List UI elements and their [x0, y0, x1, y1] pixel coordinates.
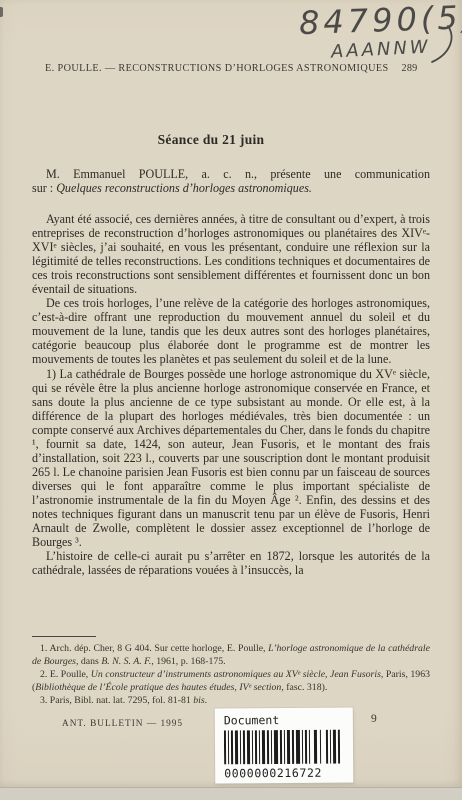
footnote-text: 2. E. Poulle, [40, 669, 91, 680]
page-number: 9 [371, 713, 377, 725]
section-title: Séance du 21 juin [12, 132, 410, 148]
intro-paragraph: M. Emmanuel POULLE, a. c. n., présente u… [32, 167, 430, 196]
footnote: 3. Paris, Bibl. nat. lat. 7295, fol. 81-… [32, 695, 430, 708]
running-head: E. POULLE. — RECONSTRUCTIONS D’HORLOGES … [45, 63, 390, 74]
running-head-title: E. POULLE. — RECONSTRUCTIONS D’HORLOGES … [45, 63, 389, 74]
barcode-image [224, 730, 340, 765]
body-text: Ayant été associé, ces dernières années,… [32, 212, 430, 577]
footnotes: 1. Arch. dép. Cher, 8 G 404. Sur cette h… [32, 643, 430, 708]
page: 84790(5) AAANNW E. POULLE. — RECONSTRUCT… [0, 0, 462, 787]
footnote-italic: Bibliothèque de l’École pratique des hau… [35, 682, 281, 693]
intro-line1: M. Emmanuel POULLE, a. c. n., présente u… [32, 167, 430, 181]
footnote-italic: B. N. S. A. F. [101, 656, 151, 667]
footnote-text: 1. Arch. dép. Cher, 8 G 404. Sur cette h… [40, 643, 268, 654]
barcode-number: 0000000216722 [224, 766, 322, 781]
intro-line2-normal: sur : [32, 181, 56, 195]
footnote-text: , 1961, p. 168-175. [151, 656, 225, 667]
footnote-text: . [205, 695, 207, 706]
paragraph: De ces trois horloges, l’une relève de l… [32, 296, 430, 366]
footnote-rule [32, 636, 96, 637]
running-head-page-number: 289 [402, 63, 418, 74]
footnote-italic: bis [193, 695, 204, 706]
footnote: 1. Arch. dép. Cher, 8 G 404. Sur cette h… [32, 643, 430, 669]
handwriting-flourish-icon [424, 24, 456, 66]
scanner-background [0, 787, 462, 800]
footer-imprint: ANT. BULLETIN — 1995 [62, 719, 183, 729]
scan-artifact [0, 7, 3, 17]
scanned-page: 84790(5) AAANNW E. POULLE. — RECONSTRUCT… [0, 0, 462, 800]
paragraph: L’histoire de celle-ci aurait pu s’arrêt… [32, 549, 430, 577]
paragraph: 1) La cathédrale de Bourges possède une … [32, 367, 430, 550]
footnote-text: 3. Paris, Bibl. nat. lat. 7295, fol. 81-… [40, 695, 193, 706]
footnote-text: , dans [76, 656, 101, 667]
barcode-label: Document 0000000216722 [215, 708, 354, 784]
barcode-caption: Document [224, 713, 279, 727]
footnote-text: , fasc. 318). [281, 682, 327, 693]
footnote: 2. E. Poulle, Un constructeur d’instrume… [32, 669, 430, 695]
footnote-italic: Un constructeur d’instruments astronomiq… [91, 669, 381, 680]
paragraph: Ayant été associé, ces dernières années,… [32, 212, 430, 296]
handwritten-note: AAANNW [331, 36, 432, 62]
communication-title: Quelques reconstructions d’horloges astr… [56, 181, 312, 195]
intro-line2: sur : Quelques reconstructions d’horloge… [32, 181, 430, 195]
